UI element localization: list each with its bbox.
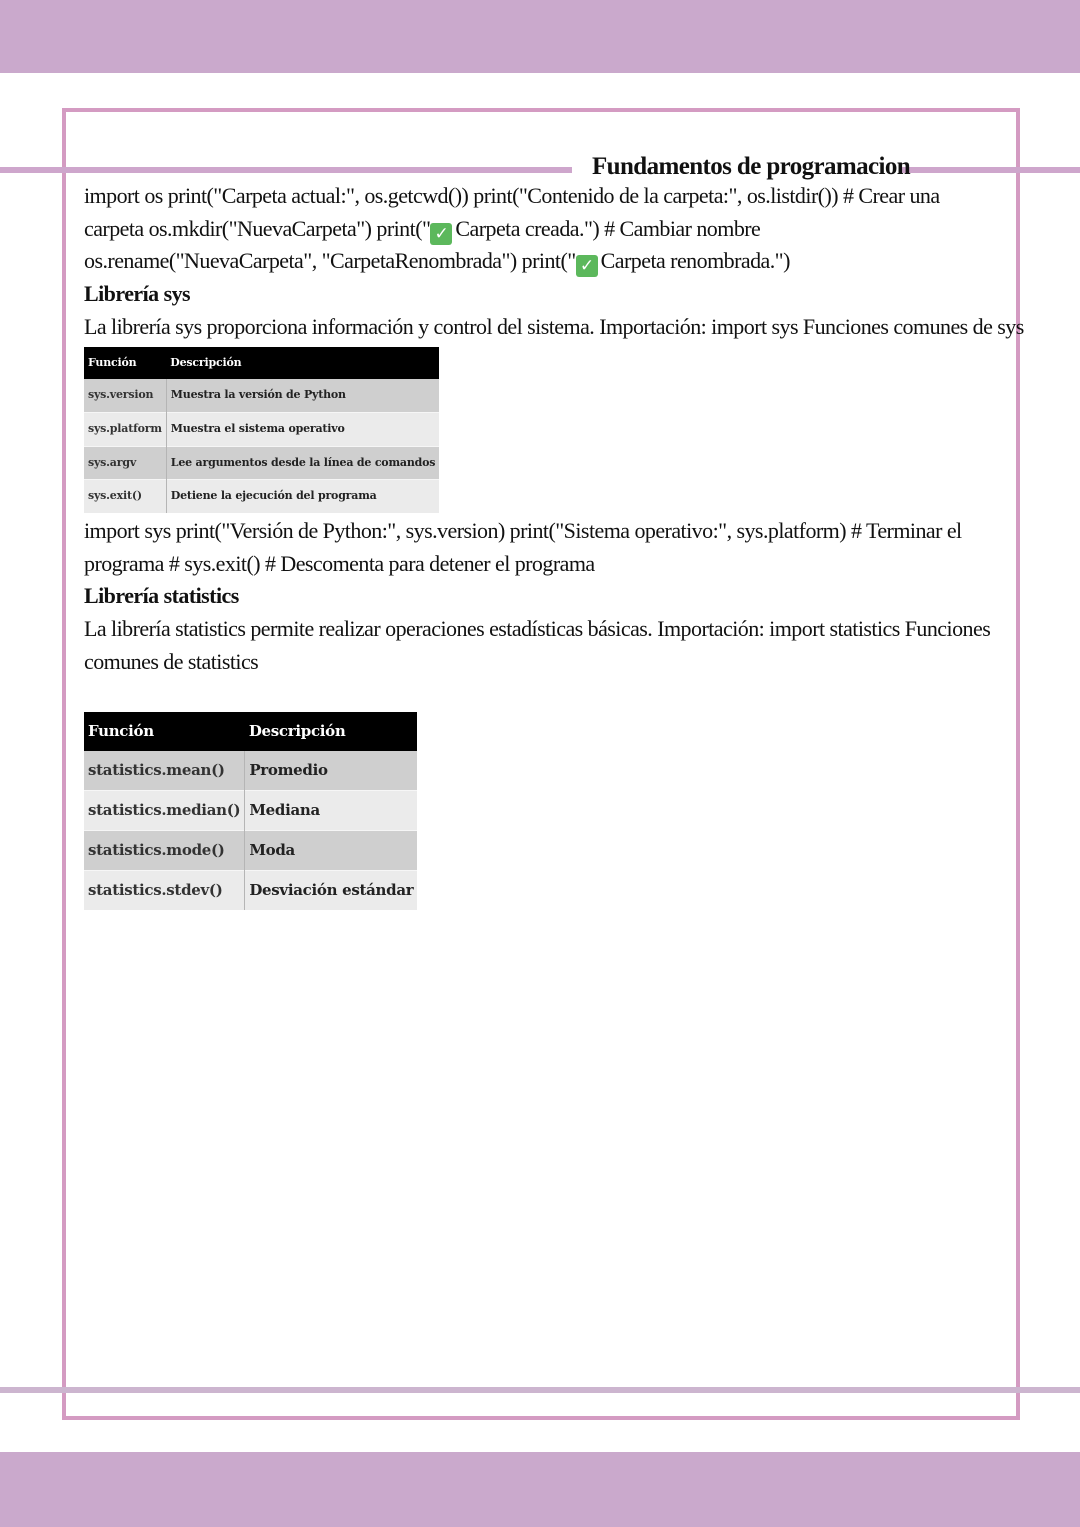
sys-code-line-1: import sys print("Versión de Python:", s… (84, 515, 1014, 548)
table-row: statistics.mode() Moda (84, 830, 417, 870)
column-header-description: Descripción (166, 347, 439, 380)
statistics-functions-table: Función Descripción statistics.mean() Pr… (84, 712, 417, 910)
table-header-row: Función Descripción (84, 347, 439, 380)
function-cell: sys.argv (84, 446, 166, 480)
sys-code-line-2: programa # sys.exit() # Descomenta para … (84, 548, 1014, 581)
os-code-line-3-end: Carpeta renombrada.") (601, 248, 790, 273)
table-row: sys.argv Lee argumentos desde la línea d… (84, 446, 439, 480)
os-code-line-2: carpeta os.mkdir("NuevaCarpeta") print("… (84, 213, 1014, 246)
description-cell: Mediana (245, 790, 418, 830)
table-row: sys.version Muestra la versión de Python (84, 379, 439, 412)
description-cell: Muestra la versión de Python (166, 379, 439, 412)
table-row: sys.platform Muestra el sistema operativ… (84, 412, 439, 446)
table-row: statistics.stdev() Desviación estándar (84, 870, 417, 910)
sys-intro: La librería sys proporciona información … (84, 311, 1014, 344)
function-cell: sys.exit() (84, 480, 166, 513)
function-cell: sys.version (84, 379, 166, 412)
function-cell: statistics.mode() (84, 830, 245, 870)
top-decorative-band (0, 0, 1080, 73)
statistics-intro-line-1: La librería statistics permite realizar … (84, 613, 1014, 646)
description-cell: Desviación estándar (245, 870, 418, 910)
function-cell: sys.platform (84, 412, 166, 446)
os-code-line-1: import os print("Carpeta actual:", os.ge… (84, 180, 1014, 213)
sys-heading: Librería sys (84, 278, 1014, 311)
description-cell: Lee argumentos desde la línea de comando… (166, 446, 439, 480)
description-cell: Promedio (245, 751, 418, 791)
description-cell: Detiene la ejecución del programa (166, 480, 439, 513)
description-cell: Moda (245, 830, 418, 870)
os-code-line-2-start: carpeta os.mkdir("NuevaCarpeta") print(" (84, 216, 430, 241)
os-code-line-3: os.rename("NuevaCarpeta", "CarpetaRenomb… (84, 245, 1014, 278)
column-header-function: Función (84, 712, 245, 751)
statistics-intro-line-2: comunes de statistics (84, 646, 1014, 679)
header-rule-left (0, 167, 572, 173)
os-code-line-3-start: os.rename("NuevaCarpeta", "CarpetaRenomb… (84, 248, 576, 273)
column-header-description: Descripción (245, 712, 418, 751)
function-cell: statistics.median() (84, 790, 245, 830)
bottom-decorative-band (0, 1452, 1080, 1527)
table-row: statistics.median() Mediana (84, 790, 417, 830)
sys-functions-table: Función Descripción sys.version Muestra … (84, 347, 439, 514)
table-row: statistics.mean() Promedio (84, 751, 417, 791)
document-body: import os print("Carpeta actual:", os.ge… (84, 180, 1014, 910)
statistics-heading: Librería statistics (84, 580, 1014, 613)
check-mark-icon: ✓ (430, 223, 452, 245)
column-header-function: Función (84, 347, 166, 380)
footer-rule (0, 1387, 1080, 1393)
function-cell: statistics.mean() (84, 751, 245, 791)
header-rule-right (902, 167, 1080, 173)
os-code-line-2-end: Carpeta creada.") # Cambiar nombre (455, 216, 760, 241)
table-header-row: Función Descripción (84, 712, 417, 751)
description-cell: Muestra el sistema operativo (166, 412, 439, 446)
page-title: Fundamentos de programacion (592, 150, 892, 184)
table-row: sys.exit() Detiene la ejecución del prog… (84, 480, 439, 513)
function-cell: statistics.stdev() (84, 870, 245, 910)
check-mark-icon: ✓ (576, 255, 598, 277)
